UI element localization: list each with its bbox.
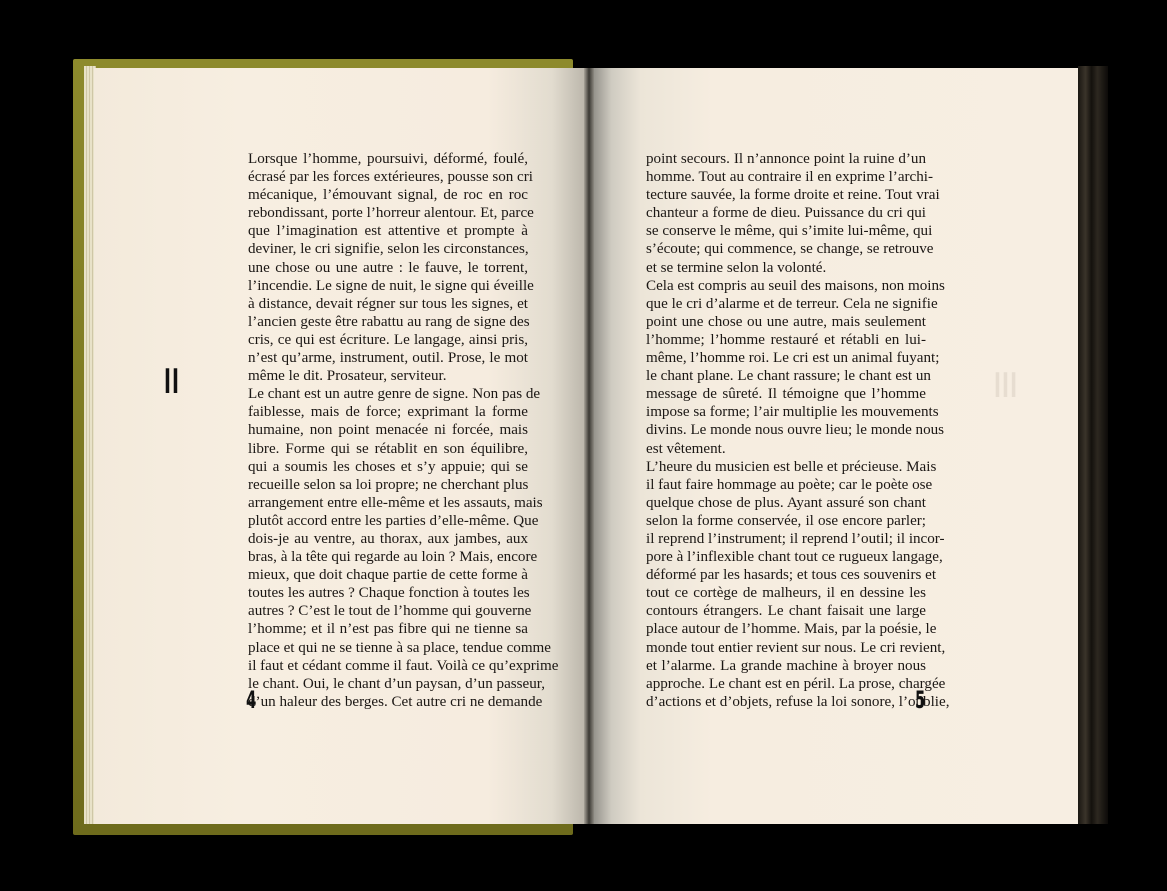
text-line: faiblesse, mais de force; exprimant la f… [248, 403, 528, 421]
text-line: Lorsque l’homme, poursuivi, déformé, fou… [248, 150, 528, 168]
right-page-text: point secours. Il n’annonce point la rui… [646, 150, 926, 711]
text-line: approche. Le chant est en péril. La pros… [646, 675, 926, 693]
text-line: point secours. Il n’annonce point la rui… [646, 150, 926, 168]
text-line: s’écoute; qui commence, se change, se re… [646, 240, 926, 258]
page-number-right: 5 [915, 686, 925, 714]
book-gutter [584, 68, 594, 824]
text-line: pore à l’inflexible chant tout ce rugueu… [646, 548, 926, 566]
text-line: deviner, le cri signifie, selon les circ… [248, 240, 528, 258]
text-line: l’homme; l’homme restauré et rétabli en … [646, 331, 926, 349]
page-number-left: 4 [246, 686, 256, 714]
text-line: contours étrangers. Le chant faisait une… [646, 602, 926, 620]
text-line: toutes les autres ? Chaque fonction à to… [248, 584, 528, 602]
text-line: et se termine selon la volonté. [646, 259, 926, 277]
text-line: écrasé par les forces extérieures, pouss… [248, 168, 528, 186]
text-line: chanteur a forme de dieu. Puissance du c… [646, 204, 926, 222]
text-line: se conserve le même, qui s’imite lui-mêm… [646, 222, 926, 240]
text-line: mieux, que doit chaque partie de cette f… [248, 566, 528, 584]
open-book: II III Lorsque l’homme, poursuivi, défor… [0, 0, 1167, 891]
text-line: plutôt accord entre les parties d’elle-m… [248, 512, 528, 530]
text-line: point une chose ou une autre, mais seule… [646, 313, 926, 331]
text-line: place et qui ne se tienne à sa place, te… [248, 639, 528, 657]
text-line: monde tout entier revient sur nous. Le c… [646, 639, 926, 657]
text-line: humaine, non point menacée ni forcée, ma… [248, 421, 528, 439]
text-line: l’ancien geste être rabattu au rang de s… [248, 313, 528, 331]
text-line: divins. Le monde nous ouvre lieu; le mon… [646, 421, 926, 439]
text-line: et l’alarme. La grande machine à broyer … [646, 657, 926, 675]
text-line: Le chant est un autre genre de signe. No… [248, 385, 528, 403]
text-line: même, l’homme roi. Le cri est un animal … [646, 349, 926, 367]
text-line: bras, à la tête qui regarde au loin ? Ma… [248, 548, 528, 566]
book-cover-right-edge [1078, 66, 1108, 824]
text-line: dois-je au ventre, au thorax, aux jambes… [248, 530, 528, 548]
bleed-through-numeral: III [994, 366, 1018, 406]
text-line: mécanique, l’émouvant signal, de roc en … [248, 186, 528, 204]
section-numeral: II [164, 362, 180, 402]
text-line: qui a soumis les choses et s’y appuie; q… [248, 458, 528, 476]
text-line: déformé par les hasards; et tous ces sou… [646, 566, 926, 584]
text-line: que le cri d’alarme et de terreur. Cela … [646, 295, 926, 313]
text-line: homme. Tout au contraire il en exprime l… [646, 168, 926, 186]
text-line: même le dit. Prosateur, serviteur. [248, 367, 528, 385]
text-line: une chose ou une autre : le fauve, le to… [248, 259, 528, 277]
text-line: impose sa forme; l’air multiplie les mou… [646, 403, 926, 421]
text-line: recueille selon sa loi propre; ne cherch… [248, 476, 528, 494]
text-line: L’heure du musicien est belle et précieu… [646, 458, 926, 476]
text-line: tout ce cortège de malheurs, il en dessi… [646, 584, 926, 602]
text-line: que l’imagination est attentive et promp… [248, 222, 528, 240]
text-line: quelque chose de plus. Ayant assuré son … [646, 494, 926, 512]
text-line: il faut et cédant comme il faut. Voilà c… [248, 657, 528, 675]
text-line: il reprend l’instrument; il reprend l’ou… [646, 530, 926, 548]
text-line: rebondissant, porte l’horreur alentour. … [248, 204, 528, 222]
text-line: à distance, devait régner sur tous les s… [248, 295, 528, 313]
text-line: l’incendie. Le signe de nuit, le signe q… [248, 277, 528, 295]
text-line: n’est qu’arme, instrument, outil. Prose,… [248, 349, 528, 367]
text-line: cris, ce qui est écriture. Le langage, a… [248, 331, 528, 349]
text-line: arrangement entre elle-même et les assau… [248, 494, 528, 512]
left-page-text: Lorsque l’homme, poursuivi, déformé, fou… [248, 150, 528, 711]
text-line: d’actions et d’objets, refuse la loi son… [646, 693, 926, 711]
text-line: le chant. Oui, le chant d’un paysan, d’u… [248, 675, 528, 693]
text-line: est vêtement. [646, 440, 926, 458]
text-line: d’un haleur des berges. Cet autre cri ne… [248, 693, 528, 711]
text-line: tecture sauvée, la forme droite et reine… [646, 186, 926, 204]
text-line: selon la forme conservée, il ose encore … [646, 512, 926, 530]
text-line: Cela est compris au seuil des maisons, n… [646, 277, 926, 295]
text-line: message de sûreté. Il témoigne que l’hom… [646, 385, 926, 403]
text-line: libre. Forme qui se rétablit en son équi… [248, 440, 528, 458]
text-line: l’homme; et il n’est pas fibre qui ne ti… [248, 620, 528, 638]
text-line: autres ? C’est le tout de l’homme qui go… [248, 602, 528, 620]
text-line: place autour de l’homme. Mais, par la po… [646, 620, 926, 638]
text-line: il faut faire hommage au poète; car le p… [646, 476, 926, 494]
text-line: le chant plane. Le chant rassure; le cha… [646, 367, 926, 385]
